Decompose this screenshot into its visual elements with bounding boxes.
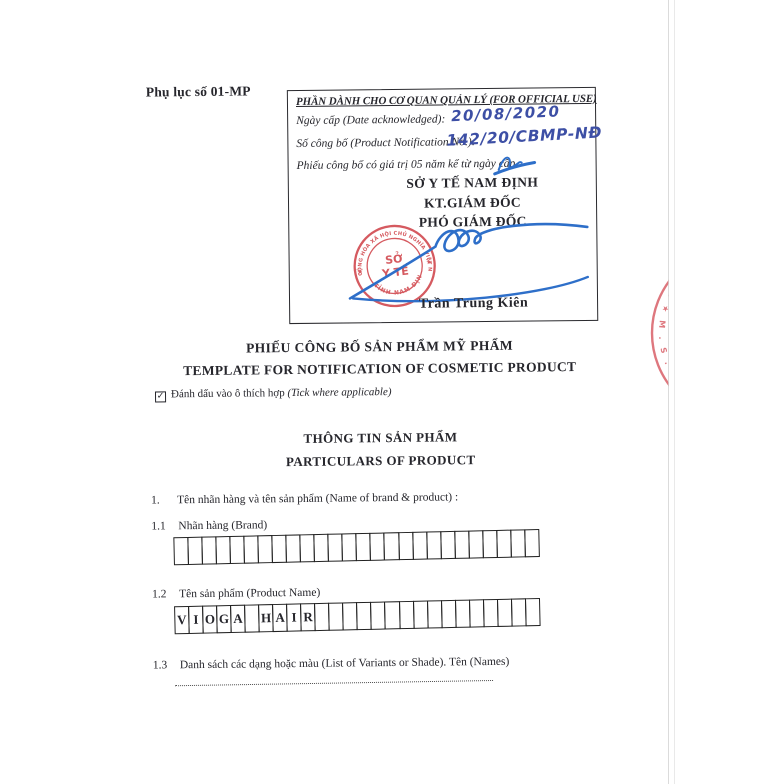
item-1-2-label: Tên sản phẩm (Product Name) (179, 587, 320, 600)
section-title-en: PARTICULARS OF PRODUCT (61, 450, 701, 473)
item-1-label: Tên nhãn hàng và tên sản phẩm (Name of b… (177, 491, 458, 506)
signer-name: Trần Trung Kiên (320, 295, 627, 314)
tick-note: ✓Đánh dấu vào ô thích hợp (Tick where ap… (155, 386, 392, 402)
item-1-1-label: Nhãn hàng (Brand) (178, 519, 267, 532)
item-1-1-number: 1.1 (151, 520, 165, 532)
page-edge-line (668, 0, 669, 784)
section-title-vi: THÔNG TIN SẢN PHẨM (60, 427, 700, 450)
appendix-label: Phụ lục số 01-MP (146, 83, 251, 100)
document-title-vi: PHIẾU CÔNG BỐ SẢN PHẨM MỸ PHẨM (59, 336, 699, 359)
item-1-2-number: 1.2 (152, 588, 166, 600)
checked-checkbox-icon: ✓ (155, 391, 166, 402)
notification-number-value: 142/20/CBMP-NĐ (446, 123, 603, 149)
scanned-document-page: Phụ lục số 01-MP PHẦN DÀNH CHO CƠ QUAN Q… (0, 0, 784, 784)
brand-letter-grid (173, 529, 540, 565)
page-edge-line-faint (674, 0, 675, 784)
date-acknowledged-label: Ngày cấp (Date acknowledged): (296, 113, 445, 127)
official-use-box: PHẦN DÀNH CHO CƠ QUAN QUẢN LÝ (FOR OFFIC… (287, 87, 598, 324)
item-1-number: 1. (151, 494, 160, 506)
grid-cell (525, 598, 541, 626)
validity-note: Phiếu công bố có giá trị 05 năm kể từ ng… (297, 158, 519, 172)
variants-dotted-line (175, 674, 493, 686)
grid-cell (524, 529, 540, 557)
product-name-letter-grid: VIOGAHAIR (174, 598, 541, 634)
item-1-3-number: 1.3 (153, 659, 167, 671)
tick-note-vi: Đánh dấu vào ô thích hợp (171, 387, 288, 400)
tick-note-en: (Tick where applicable) (287, 386, 391, 399)
document-title-en: TEMPLATE FOR NOTIFICATION OF COSMETIC PR… (60, 358, 700, 381)
item-1-3-label: Danh sách các dạng hoặc màu (List of Var… (180, 656, 510, 671)
edge-partial-stamp: C Ô N G ★ M . S . D ★ (608, 238, 669, 433)
date-acknowledged-value: 20/08/2020 (451, 102, 561, 125)
